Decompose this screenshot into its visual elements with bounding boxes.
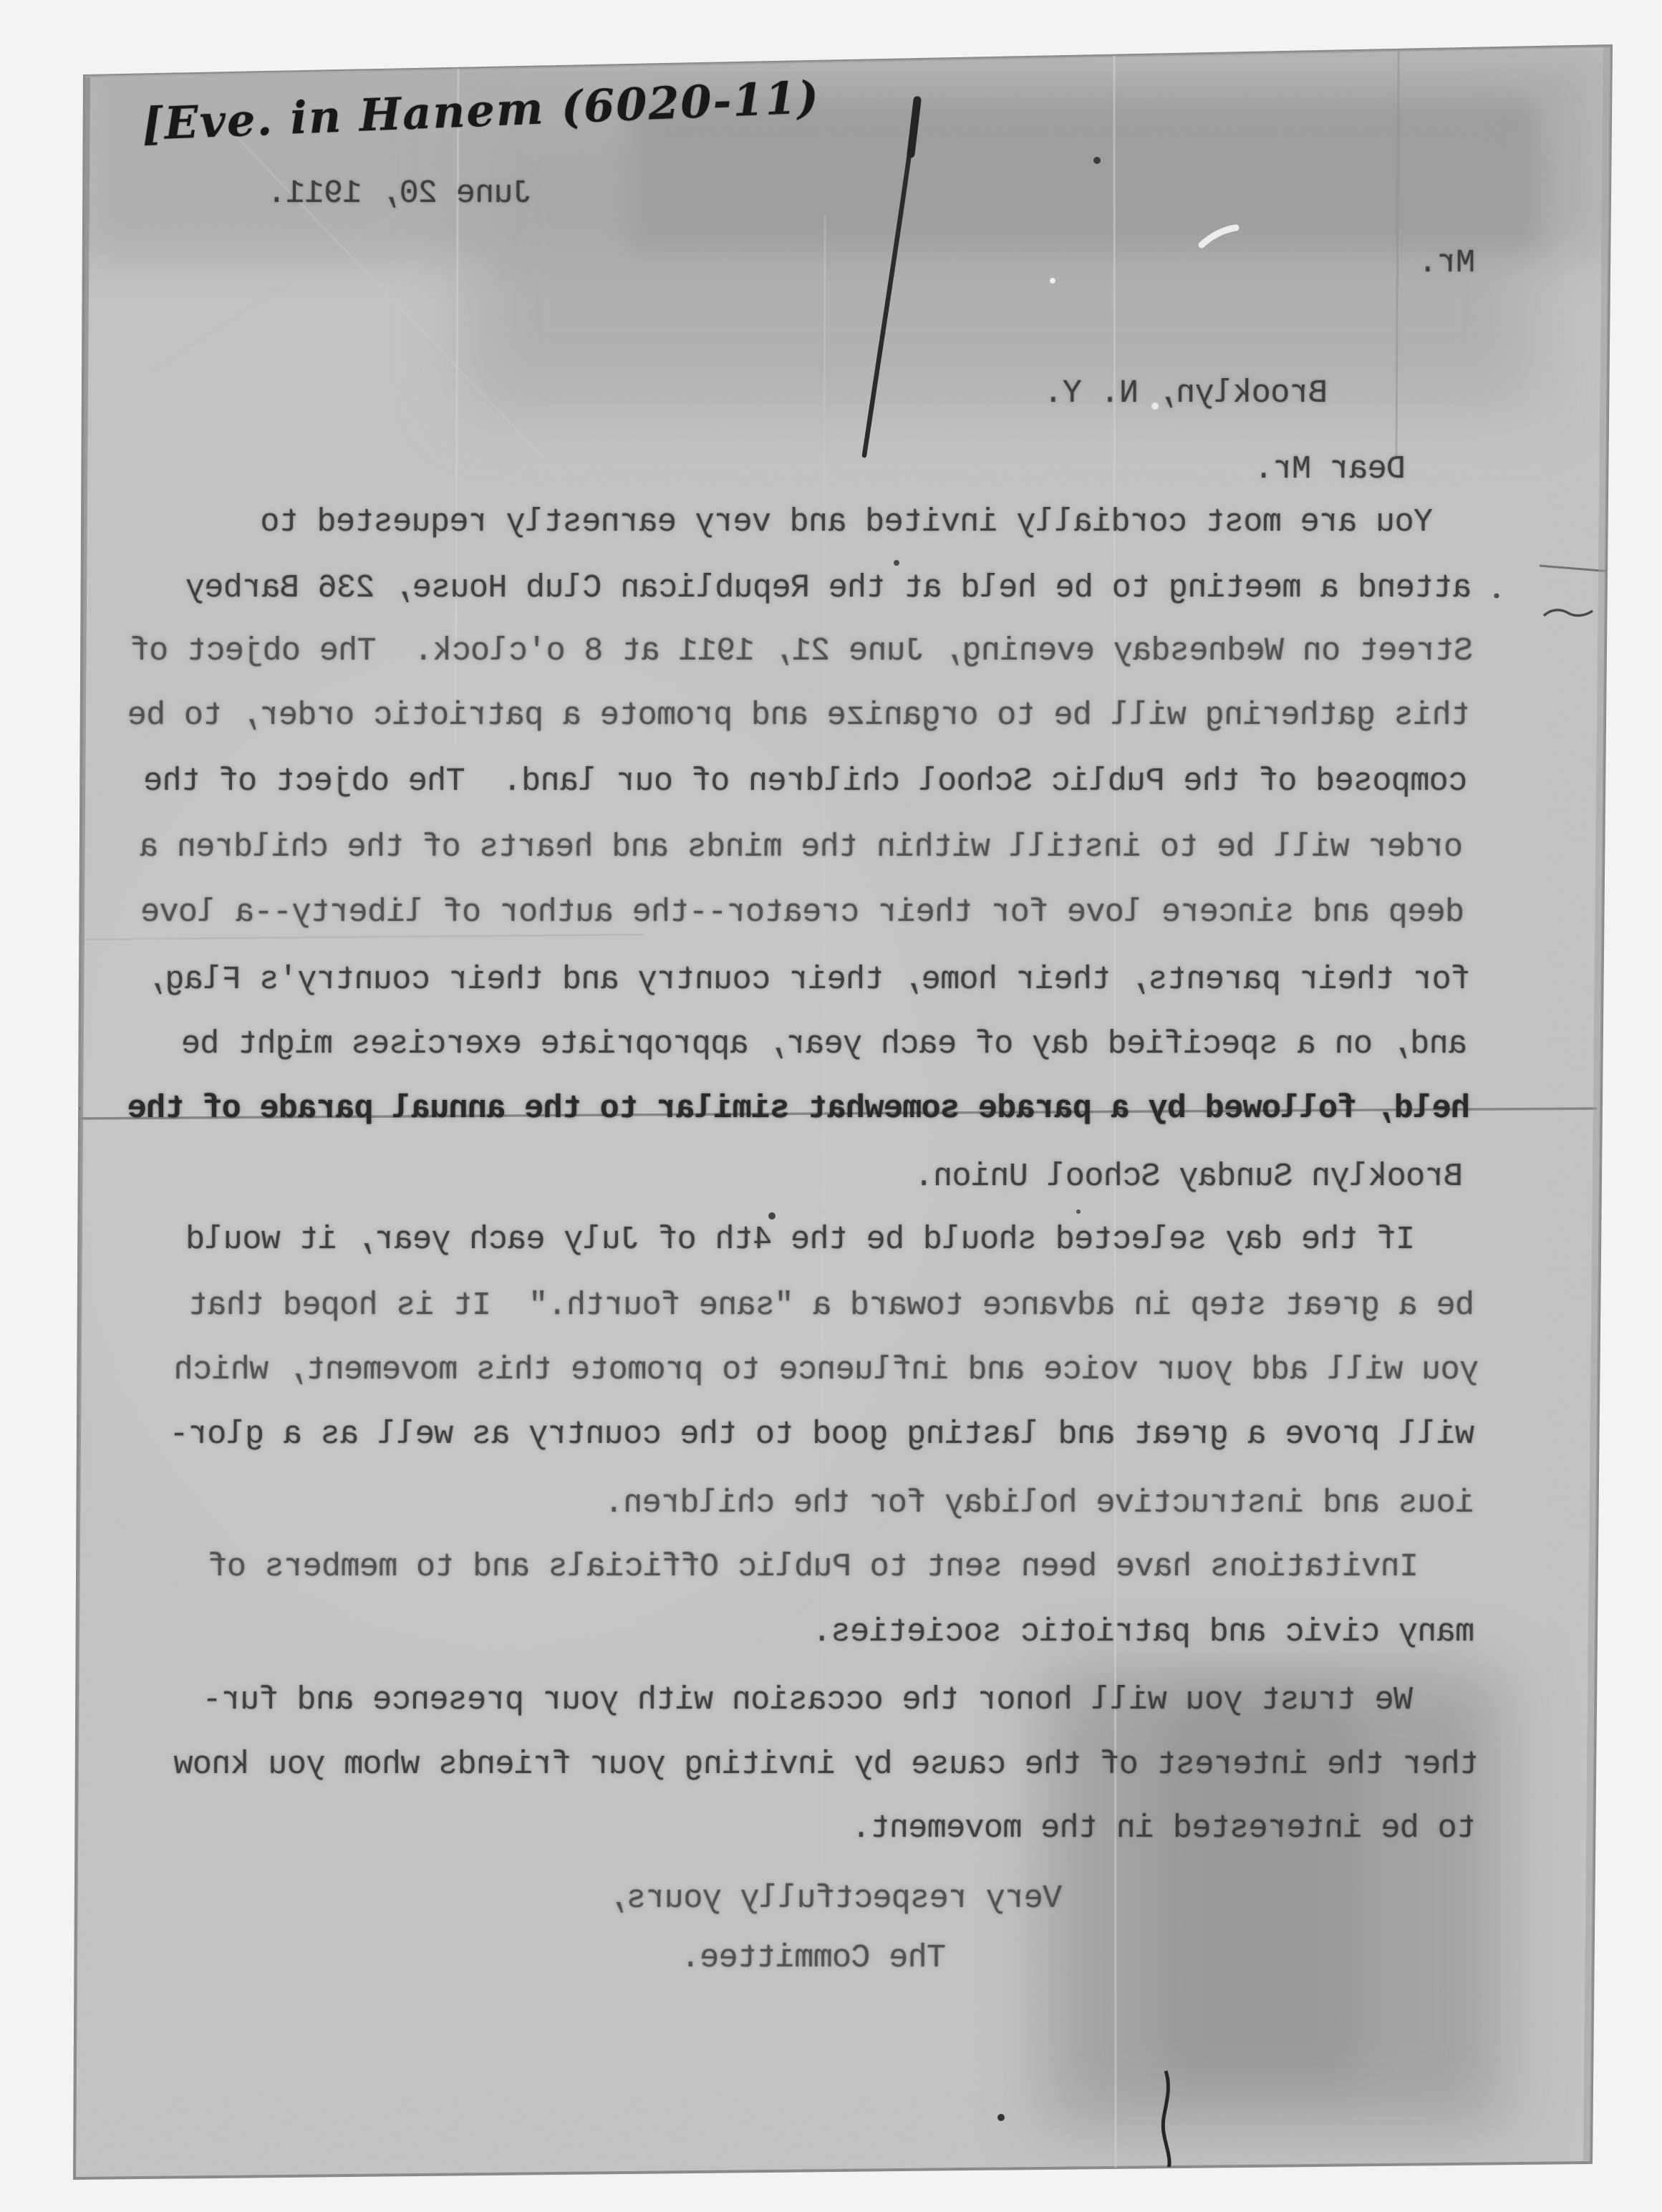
paper-artwork xyxy=(0,0,1662,2212)
scanned-letter-page: June 20, 1911. Mr. Brooklyn, N. Y. Dear … xyxy=(0,0,1662,2212)
paper-grain xyxy=(64,36,1625,2184)
paper-shading xyxy=(57,36,1625,2184)
